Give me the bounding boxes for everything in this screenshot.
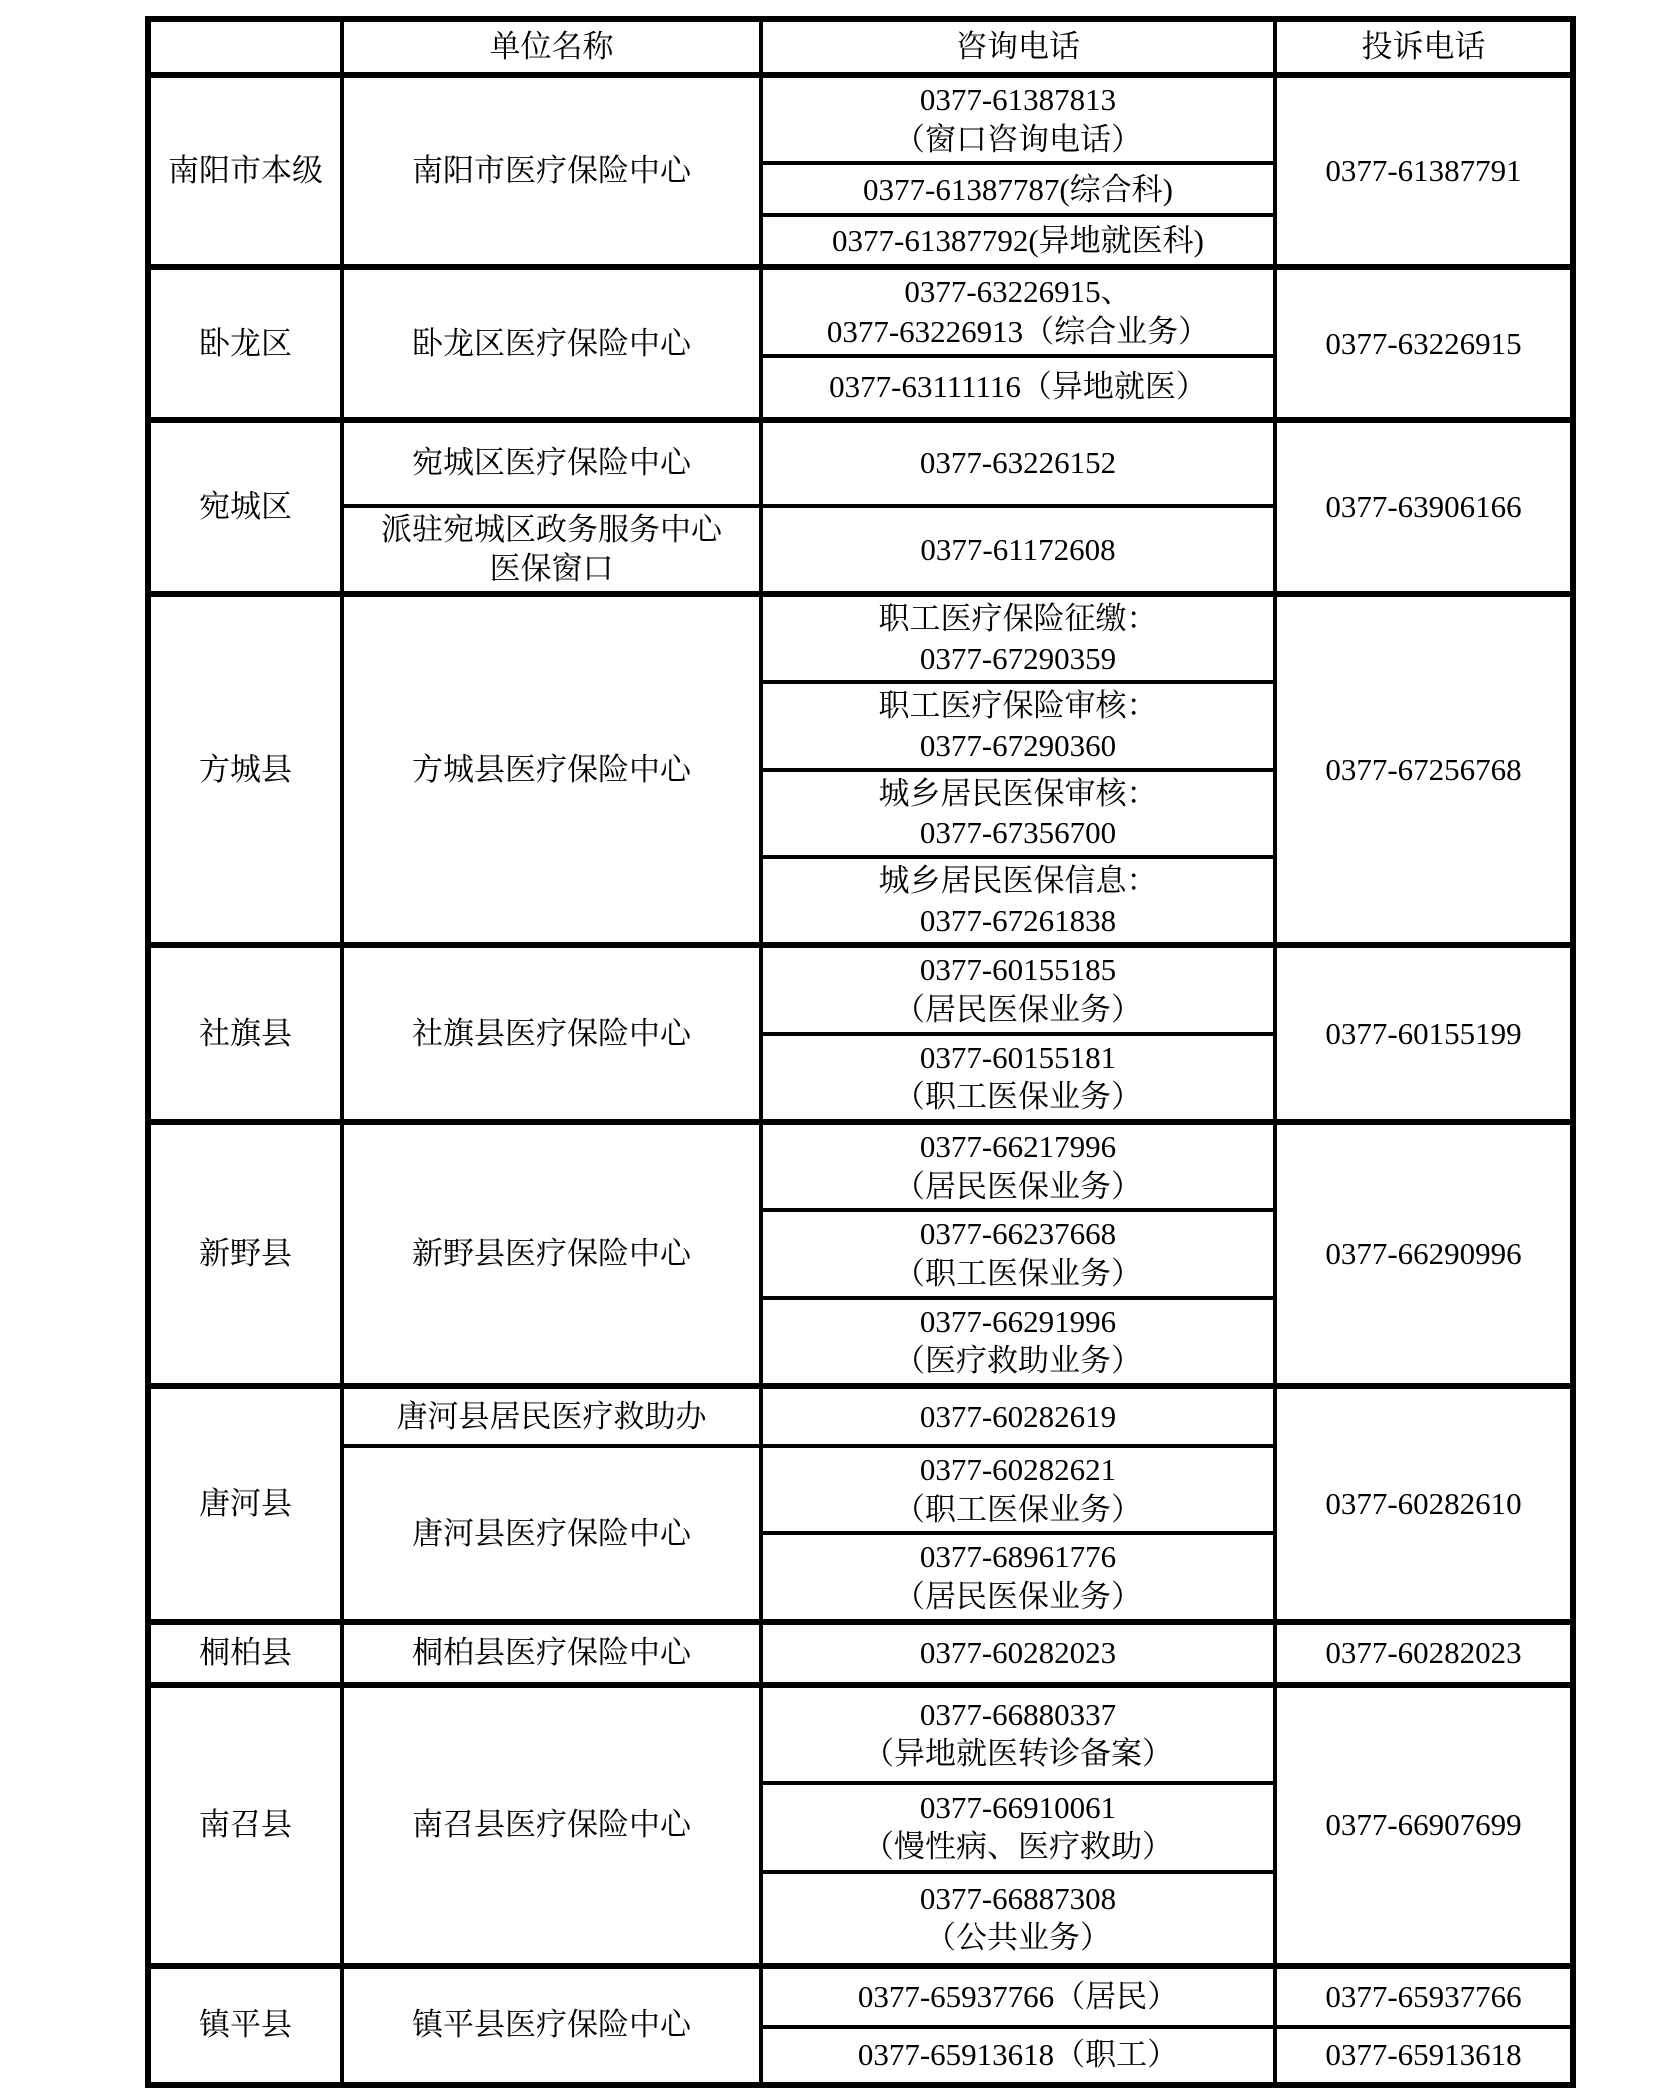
region-cell: 新野县 (148, 1122, 342, 1386)
consult-cell: 职工医疗保险征缴： 0377-67290359 (761, 594, 1275, 682)
header-unit: 单位名称 (342, 19, 761, 75)
consult-cell: 0377-65913618（职工） (761, 2027, 1275, 2085)
header-complaint: 投诉电话 (1275, 19, 1573, 75)
table-row: 新野县新野县医疗保险中心0377-66217996 （居民医保业务）0377-6… (148, 1122, 1573, 1210)
table-body: 南阳市本级南阳市医疗保险中心0377-61387813 （窗口咨询电话）0377… (148, 75, 1573, 2085)
unit-cell: 桐柏县医疗保险中心 (342, 1622, 761, 1685)
consult-cell: 职工医疗保险审核： 0377-67290360 (761, 682, 1275, 769)
unit-cell: 唐河县居民医疗救助办 (342, 1386, 761, 1446)
complaint-cell: 0377-66907699 (1275, 1685, 1573, 1966)
consult-cell: 0377-63226915、 0377-63226913（综合业务） (761, 267, 1275, 355)
unit-cell: 新野县医疗保险中心 (342, 1122, 761, 1386)
consult-cell: 0377-68961776 （居民医保业务） (761, 1533, 1275, 1621)
unit-cell: 南召县医疗保险中心 (342, 1685, 761, 1966)
consult-cell: 0377-61387792(异地就医科) (761, 215, 1275, 267)
unit-cell: 派驻宛城区政务服务中心 医保窗口 (342, 506, 761, 594)
consult-cell: 0377-65937766（居民） (761, 1966, 1275, 2027)
consult-cell: 0377-66880337 （异地就医转诊备案） (761, 1685, 1275, 1783)
table-row: 南召县南召县医疗保险中心0377-66880337 （异地就医转诊备案）0377… (148, 1685, 1573, 1783)
table-row: 南阳市本级南阳市医疗保险中心0377-61387813 （窗口咨询电话）0377… (148, 75, 1573, 163)
unit-cell: 方城县医疗保险中心 (342, 594, 761, 945)
header-region (148, 19, 342, 75)
consult-cell: 0377-66910061 （慢性病、医疗救助） (761, 1783, 1275, 1872)
complaint-cell: 0377-63906166 (1275, 420, 1573, 594)
table-row: 卧龙区卧龙区医疗保险中心0377-63226915、 0377-63226913… (148, 267, 1573, 355)
unit-cell: 南阳市医疗保险中心 (342, 75, 761, 267)
table-row: 桐柏县桐柏县医疗保险中心0377-602820230377-60282023 (148, 1622, 1573, 1685)
complaint-cell: 0377-60282023 (1275, 1622, 1573, 1685)
consult-cell: 城乡居民医保审核： 0377-67356700 (761, 770, 1275, 857)
consult-cell: 0377-61172608 (761, 506, 1275, 594)
complaint-cell: 0377-67256768 (1275, 594, 1573, 945)
region-cell: 唐河县 (148, 1386, 342, 1622)
complaint-cell: 0377-60282610 (1275, 1386, 1573, 1622)
consult-cell: 0377-66217996 （居民医保业务） (761, 1122, 1275, 1210)
unit-cell: 唐河县医疗保险中心 (342, 1446, 761, 1622)
consult-cell: 0377-60282023 (761, 1622, 1275, 1685)
complaint-cell: 0377-60155199 (1275, 945, 1573, 1122)
consult-cell: 城乡居民医保信息： 0377-67261838 (761, 857, 1275, 945)
table-row: 镇平县镇平县医疗保险中心0377-65937766（居民）0377-659377… (148, 1966, 1573, 2027)
region-cell: 镇平县 (148, 1966, 342, 2085)
complaint-cell: 0377-61387791 (1275, 75, 1573, 267)
consult-cell: 0377-63226152 (761, 420, 1275, 506)
unit-cell: 宛城区医疗保险中心 (342, 420, 761, 506)
complaint-cell: 0377-66290996 (1275, 1122, 1573, 1386)
consult-cell: 0377-60155181 （职工医保业务） (761, 1034, 1275, 1122)
table-row: 宛城区宛城区医疗保险中心0377-632261520377-63906166 (148, 420, 1573, 506)
unit-cell: 镇平县医疗保险中心 (342, 1966, 761, 2085)
complaint-cell: 0377-63226915 (1275, 267, 1573, 419)
consult-cell: 0377-66887308 （公共业务） (761, 1872, 1275, 1966)
complaint-cell: 0377-65937766 (1275, 1966, 1573, 2027)
region-cell: 南阳市本级 (148, 75, 342, 267)
table-row: 方城县方城县医疗保险中心职工医疗保险征缴： 0377-672903590377-… (148, 594, 1573, 682)
table-header-row: 单位名称咨询电话投诉电话 (148, 19, 1573, 75)
table-row: 社旗县社旗县医疗保险中心0377-60155185 （居民医保业务）0377-6… (148, 945, 1573, 1033)
consult-cell: 0377-61387787(综合科) (761, 163, 1275, 215)
region-cell: 方城县 (148, 594, 342, 945)
complaint-cell: 0377-65913618 (1275, 2027, 1573, 2085)
consult-cell: 0377-60155185 （居民医保业务） (761, 945, 1275, 1033)
unit-cell: 社旗县医疗保险中心 (342, 945, 761, 1122)
phone-directory-table: 单位名称咨询电话投诉电话 南阳市本级南阳市医疗保险中心0377-61387813… (145, 16, 1576, 2088)
region-cell: 桐柏县 (148, 1622, 342, 1685)
consult-cell: 0377-60282619 (761, 1386, 1275, 1446)
consult-cell: 0377-60282621 （职工医保业务） (761, 1446, 1275, 1533)
table-row: 唐河县唐河县居民医疗救助办0377-602826190377-60282610 (148, 1386, 1573, 1446)
header-consult: 咨询电话 (761, 19, 1275, 75)
region-cell: 卧龙区 (148, 267, 342, 419)
region-cell: 宛城区 (148, 420, 342, 594)
unit-cell: 卧龙区医疗保险中心 (342, 267, 761, 419)
consult-cell: 0377-66237668 （职工医保业务） (761, 1210, 1275, 1297)
region-cell: 南召县 (148, 1685, 342, 1966)
consult-cell: 0377-61387813 （窗口咨询电话） (761, 75, 1275, 163)
consult-cell: 0377-66291996 （医疗救助业务） (761, 1298, 1275, 1386)
consult-cell: 0377-63111116（异地就医） (761, 356, 1275, 420)
region-cell: 社旗县 (148, 945, 342, 1122)
